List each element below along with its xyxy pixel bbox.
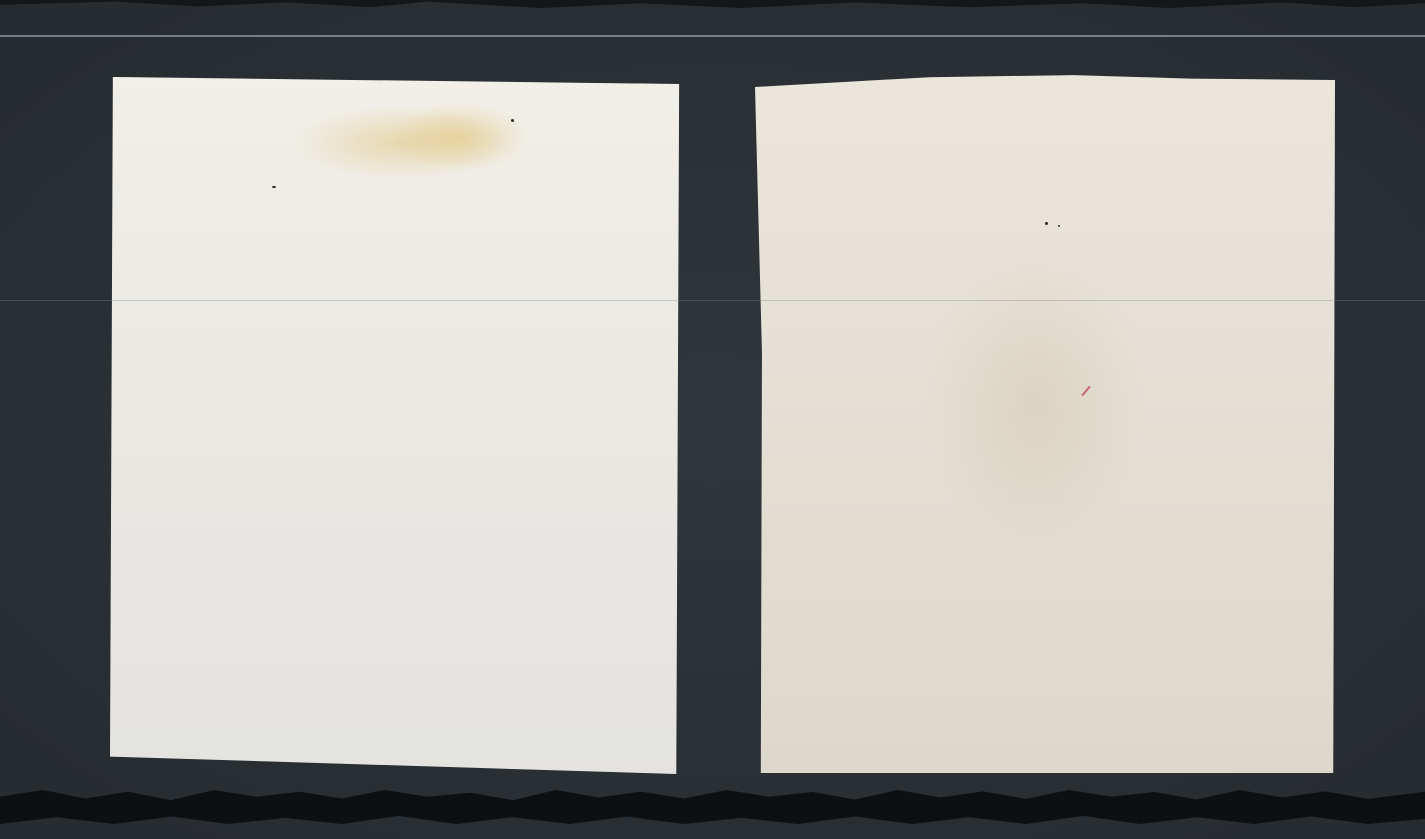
speck	[1045, 222, 1048, 225]
stamp-back-left	[110, 77, 682, 774]
hinge-stain	[290, 105, 510, 180]
stockcard-strip-lower	[0, 300, 1425, 301]
speck	[1058, 225, 1060, 227]
stamp-back-right	[755, 73, 1335, 773]
speck	[511, 119, 514, 122]
speck	[272, 186, 276, 188]
stockcard-strip-edge	[0, 35, 1425, 37]
